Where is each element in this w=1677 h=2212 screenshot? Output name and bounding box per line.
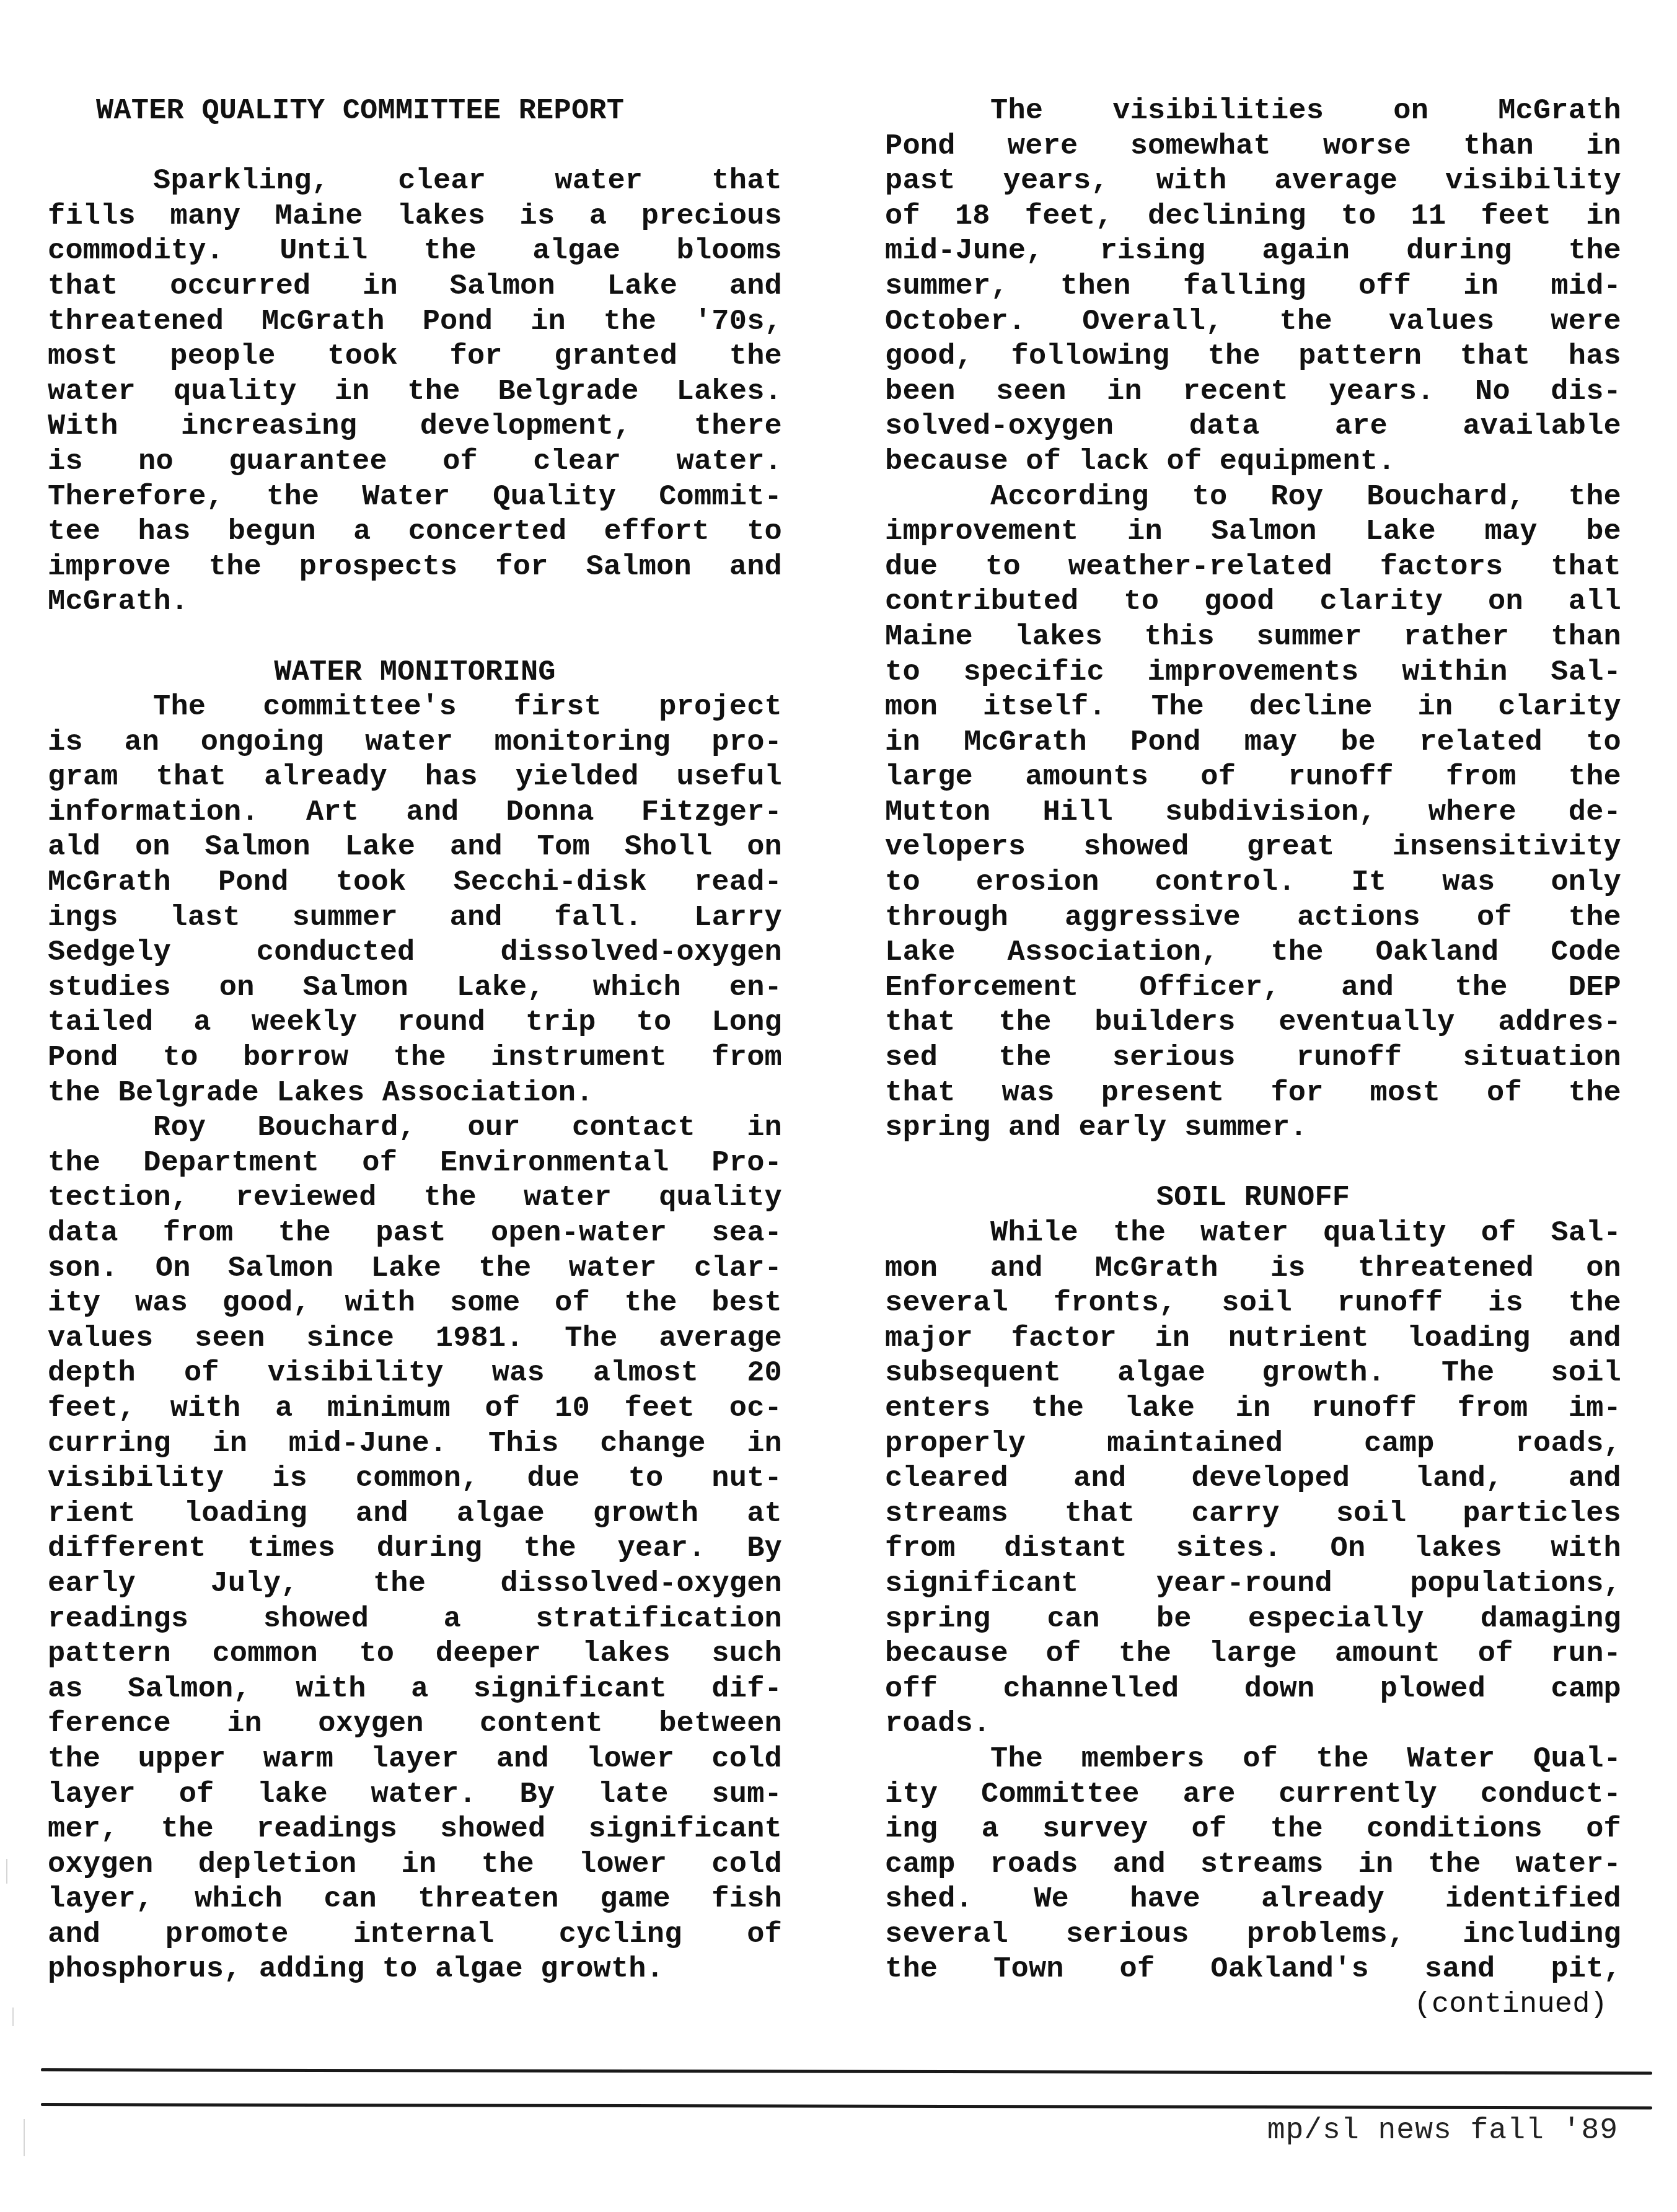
text-line: because of the large amount of run- [885,1637,1621,1672]
text-line: that the builders eventually addres- [885,1006,1621,1041]
scan-artifact [6,1859,7,1884]
text-line: the Belgrade Lakes Association. [48,1076,782,1112]
page-footer: mp/sl news fall '89 [1267,2114,1618,2148]
text-line: to specific improvements within Sal- [885,656,1621,691]
section-heading-soil-runoff: SOIL RUNOFF [885,1181,1621,1216]
text-line: spring and early summer. [885,1111,1621,1146]
text-line: Sparkling, clear water that [48,164,782,200]
scan-artifact [24,2119,25,2156]
text-line: readings showed a stratification [48,1602,782,1638]
text-line: son. On Salmon Lake the water clar- [48,1252,782,1287]
soil-paragraph: While the water quality of Sal- mon and … [885,1216,1621,1742]
text-line: is an ongoing water monitoring pro- [48,726,782,761]
text-line: contributed to good clarity on all [885,585,1621,620]
report-title: WATER QUALITY COMMITTEE REPORT [48,94,782,129]
text-line: as Salmon, with a significant dif- [48,1672,782,1708]
text-line: off channelled down plowed camp [885,1672,1621,1708]
text-line: water quality in the Belgrade Lakes. [48,375,782,410]
text-line: roads. [885,1707,1621,1742]
text-line: pattern common to deeper lakes such [48,1637,782,1672]
text-line: tailed a weekly round trip to Long [48,1006,782,1041]
text-line: ity Committee are currently conduct- [885,1778,1621,1813]
text-line: ity was good, with some of the best [48,1286,782,1322]
text-line: mon itself. The decline in clarity [885,690,1621,726]
text-line: most people took for granted the [48,340,782,375]
text-line: Enforcement Officer, and the DEP [885,971,1621,1006]
text-line: due to weather-related factors that [885,550,1621,586]
spacer [48,129,782,165]
text-line: shed. We have already identified [885,1882,1621,1918]
text-line: from distant sites. On lakes with [885,1532,1621,1567]
text-line: spring can be especially damaging [885,1602,1621,1638]
text-line: phosphorus, adding to algae growth. [48,1952,782,1988]
text-line: fills many Maine lakes is a precious [48,200,782,235]
text-line: the Town of Oakland's sand pit, [885,1952,1621,1988]
text-line: mid-June, rising again during the [885,234,1621,270]
text-line: in McGrath Pond may be related to [885,726,1621,761]
continued-label: (continued) [885,1988,1621,2023]
text-line: The committee's first project [48,690,782,726]
text-line: cleared and developed land, and [885,1462,1621,1497]
text-line: tection, reviewed the water quality [48,1181,782,1216]
text-line: The visibilities on McGrath [885,94,1621,129]
text-line: ings last summer and fall. Larry [48,901,782,936]
text-line: streams that carry soil particles [885,1497,1621,1532]
text-line: Roy Bouchard, our contact in [48,1111,782,1146]
text-line: The members of the Water Qual- [885,1742,1621,1778]
text-line: different times during the year. By [48,1532,782,1567]
text-line: improve the prospects for Salmon and [48,550,782,586]
intro-paragraph: Sparkling, clear water that fills many M… [48,164,782,620]
text-line: oxygen depletion in the lower cold [48,1848,782,1883]
text-line: Pond were somewhat worse than in [885,129,1621,165]
text-line: McGrath. [48,585,782,620]
text-line: been seen in recent years. No dis- [885,375,1621,410]
text-line: through aggressive actions of the [885,901,1621,936]
text-line: enters the lake in runoff from im- [885,1392,1621,1427]
text-line: and promote internal cycling of [48,1918,782,1953]
text-line: because of lack of equipment. [885,445,1621,480]
text-line: mon and McGrath is threatened on [885,1252,1621,1287]
text-line: several serious problems, including [885,1918,1621,1953]
text-line: good, following the pattern that has [885,340,1621,375]
text-line: McGrath Pond took Secchi-disk read- [48,866,782,901]
text-line: the upper warm layer and lower cold [48,1742,782,1778]
text-line: Therefore, the Water Quality Commit- [48,480,782,516]
text-line: is no guarantee of clear water. [48,445,782,480]
text-line: layer of lake water. By late sum- [48,1778,782,1813]
text-line: visibility is common, due to nut- [48,1462,782,1497]
text-line: Lake Association, the Oakland Code [885,936,1621,971]
text-line: the Department of Environmental Pro- [48,1146,782,1182]
text-line: Mutton Hill subdivision, where de- [885,796,1621,831]
text-line: According to Roy Bouchard, the [885,480,1621,516]
left-column: WATER QUALITY COMMITTEE REPORT Sparkling… [48,94,782,1988]
text-line: velopers showed great insensitivity [885,830,1621,866]
members-paragraph: The members of the Water Qual- ity Commi… [885,1742,1621,1988]
text-line: large amounts of runoff from the [885,760,1621,796]
text-line: Maine lakes this summer rather than [885,620,1621,656]
text-line: of 18 feet, declining to 11 feet in [885,200,1621,235]
horizontal-rule-top [41,2068,1652,2074]
text-line: early July, the dissolved-oxygen [48,1567,782,1602]
text-line: curring in mid-June. This change in [48,1427,782,1462]
text-line: improvement in Salmon Lake may be [885,515,1621,550]
bouchard-paragraph: Roy Bouchard, our contact in the Departm… [48,1111,782,1988]
spacer [885,1146,1621,1182]
text-line: commodity. Until the algae blooms [48,234,782,270]
mcgrath-paragraph: The visibilities on McGrath Pond were so… [885,94,1621,480]
text-line: With increasing development, there [48,410,782,445]
text-line: to erosion control. It was only [885,866,1621,901]
monitoring-paragraph: The committee's first project is an ongo… [48,690,782,1111]
section-heading-water-monitoring: WATER MONITORING [48,656,782,691]
text-line: information. Art and Donna Fitzger- [48,796,782,831]
text-line: studies on Salmon Lake, which en- [48,971,782,1006]
text-line: October. Overall, the values were [885,305,1621,340]
text-line: tee has begun a concerted effort to [48,515,782,550]
text-line: significant year-round populations, [885,1567,1621,1602]
text-line: Sedgely conducted dissolved-oxygen [48,936,782,971]
text-line: past years, with average visibility [885,164,1621,200]
text-line: ald on Salmon Lake and Tom Sholl on [48,830,782,866]
text-line: gram that already has yielded useful [48,760,782,796]
text-line: mer, the readings showed significant [48,1812,782,1848]
text-line: solved-oxygen data are available [885,410,1621,445]
newsletter-page: WATER QUALITY COMMITTEE REPORT Sparkling… [0,0,1677,2212]
scan-artifact [12,2008,14,2026]
text-line: threatened McGrath Pond in the '70s, [48,305,782,340]
text-line: that occurred in Salmon Lake and [48,270,782,305]
text-line: values seen since 1981. The average [48,1322,782,1357]
text-line: layer, which can threaten game fish [48,1882,782,1918]
text-line: major factor in nutrient loading and [885,1322,1621,1357]
text-line: rient loading and algae growth at [48,1497,782,1532]
text-line: sed the serious runoff situation [885,1041,1621,1076]
text-line: ing a survey of the conditions of [885,1812,1621,1848]
text-line: that was present for most of the [885,1076,1621,1112]
text-line: summer, then falling off in mid- [885,270,1621,305]
text-line: feet, with a minimum of 10 feet oc- [48,1392,782,1427]
text-line: data from the past open-water sea- [48,1216,782,1252]
according-paragraph: According to Roy Bouchard, the improveme… [885,480,1621,1146]
text-line: properly maintained camp roads, [885,1427,1621,1462]
text-line: camp roads and streams in the water- [885,1848,1621,1883]
text-line: depth of visibility was almost 20 [48,1356,782,1392]
text-line: While the water quality of Sal- [885,1216,1621,1252]
text-line: ference in oxygen content between [48,1707,782,1742]
horizontal-rule-bottom [41,2103,1652,2109]
spacer [48,620,782,656]
text-line: Pond to borrow the instrument from [48,1041,782,1076]
right-column: The visibilities on McGrath Pond were so… [885,94,1621,2023]
text-line: subsequent algae growth. The soil [885,1356,1621,1392]
text-line: several fronts, soil runoff is the [885,1286,1621,1322]
